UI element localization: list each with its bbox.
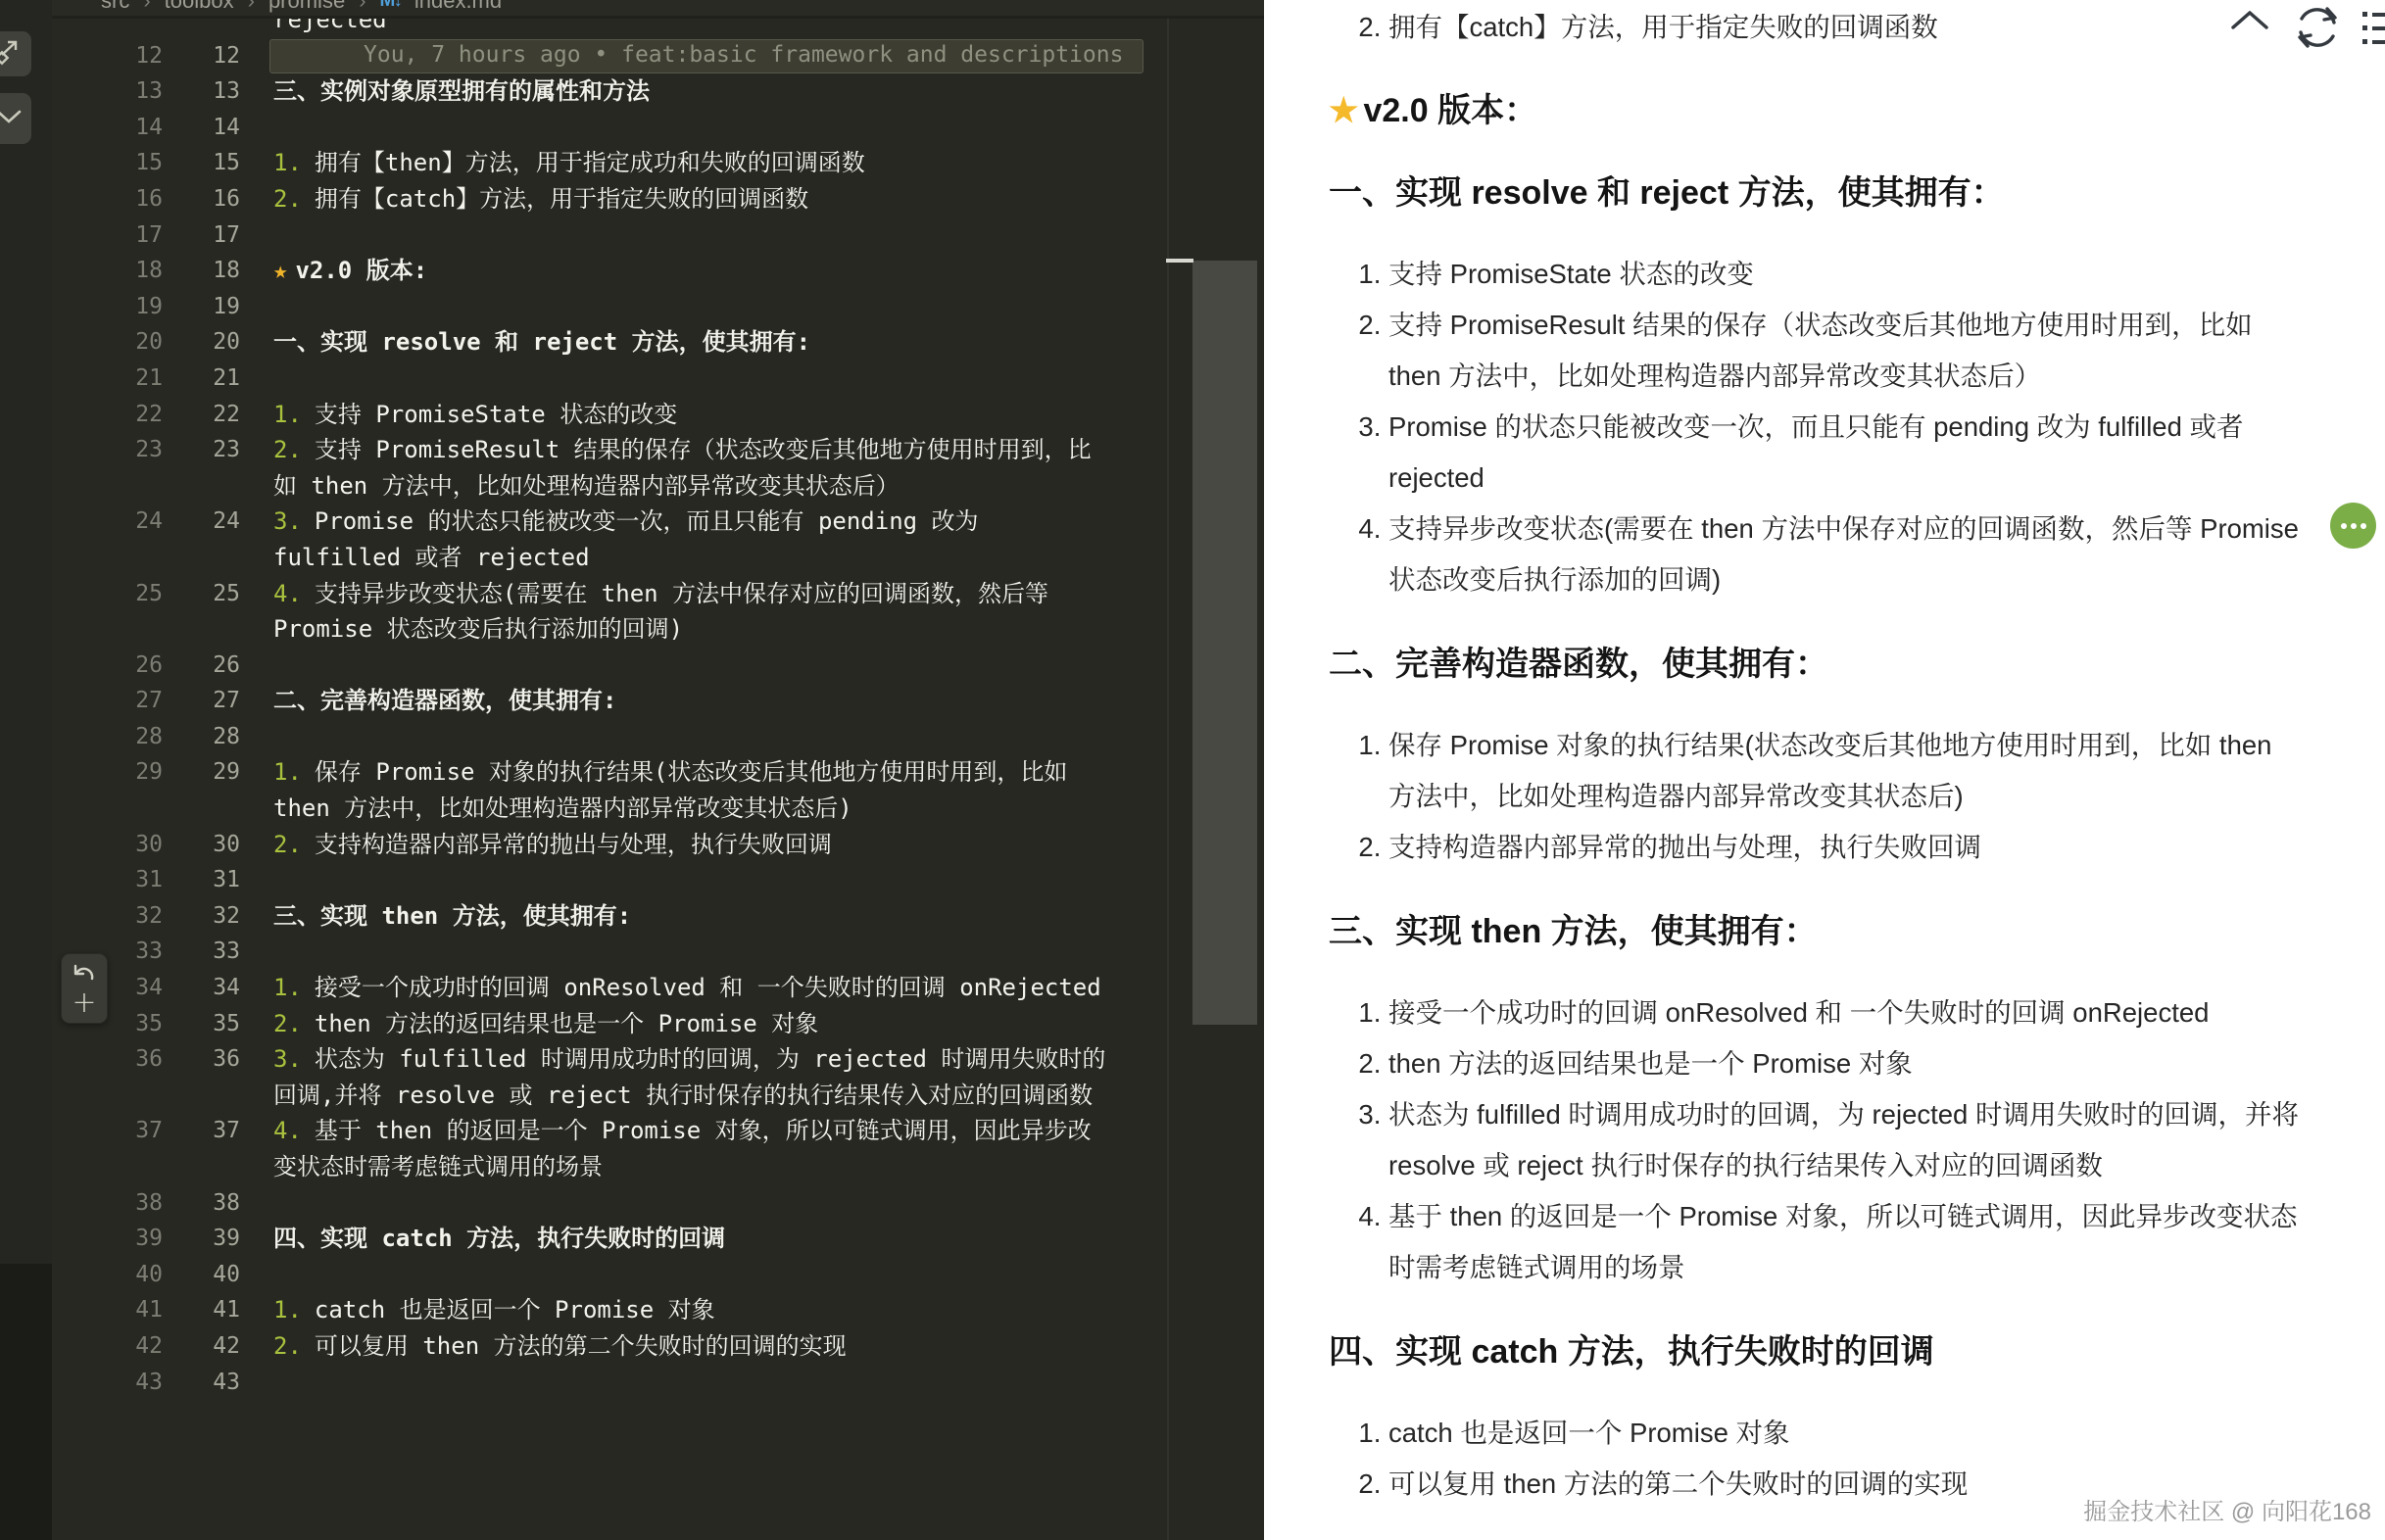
line-text: 支持 PromiseState 状态的改变 — [315, 401, 677, 428]
editor-line[interactable]: 23 23 2.★支持 PromiseResult 结果的保存（状态改变后其他地… — [52, 432, 1264, 504]
preview-list-3: 接受一个成功时的回调 onResolved 和 一个失败时的回调 onRejec… — [1329, 987, 2305, 1293]
juejin-more-button[interactable] — [2330, 503, 2376, 549]
line-content: 2.★支持 PromiseResult 结果的保存（状态改变后其他地方使用时用到… — [273, 432, 1114, 504]
editor-line[interactable]: 39 39 ★四、实现 catch 方法，执行失败时的回调 — [52, 1221, 1264, 1257]
preview-list-item: then 方法的返回结果也是一个 Promise 对象 — [1388, 1038, 2305, 1089]
line-content: ★三、实例对象原型拥有的属性和方法 — [273, 73, 1114, 110]
line-content: 1.★catch 也是返回一个 Promise 对象 — [273, 1292, 1114, 1328]
line-text: 拥有【catch】方法，用于指定失败的回调函数 — [315, 185, 808, 213]
line-number-old: 42 — [52, 1328, 163, 1365]
preview-list-item: 接受一个成功时的回调 onResolved 和 一个失败时的回调 onRejec… — [1388, 987, 2305, 1038]
line-number-old: 17 — [52, 217, 163, 254]
line-number-new: 39 — [163, 1221, 240, 1257]
git-blame-annotation: You, 7 hours ago • feat:basic framework … — [269, 39, 1144, 73]
preview-list-item: catch 也是返回一个 Promise 对象 — [1388, 1408, 2305, 1459]
breadcrumb-separator: › — [248, 0, 255, 14]
line-number-old: 12 — [52, 38, 163, 74]
line-content: 1.★接受一个成功时的回调 onResolved 和 一个失败时的回调 onRe… — [273, 970, 1114, 1006]
star-icon: ★ — [273, 257, 287, 284]
editor-line[interactable]: 12 12 ★You, 7 hours ago • feat:basic fra… — [52, 38, 1264, 74]
line-number-new: 31 — [163, 862, 240, 898]
line-content: ★三、实现 then 方法，使其拥有: — [273, 898, 1114, 935]
breadcrumb-separator: › — [359, 0, 365, 14]
editor-pane[interactable]: ★rejected 12 12 ★You, 7 hours ago • feat… — [52, 2, 1264, 1400]
markdown-icon: M↓ — [380, 0, 401, 12]
preview-list-item: 支持异步改变状态(需要在 then 方法中保存对应的回调函数，然后等 Promi… — [1388, 504, 2305, 605]
list-icon — [2361, 6, 2385, 54]
outline-button[interactable] — [2363, 6, 2385, 53]
git-blame-text: You, 7 hours ago • feat:basic framework … — [270, 40, 1143, 71]
refresh-button[interactable] — [2291, 2, 2344, 57]
line-number-new: 12 — [163, 38, 240, 74]
list-marker: 2. — [273, 831, 302, 858]
line-number-old: 43 — [52, 1365, 163, 1401]
line-content: 4.★支持异步改变状态(需要在 then 方法中保存对应的回调函数，然后等 Pr… — [273, 576, 1114, 648]
compare-changes-button[interactable] — [0, 31, 31, 76]
line-number-old: 39 — [52, 1221, 163, 1257]
preview-list-item: 拥有【catch】方法，用于指定失败的回调函数 — [1388, 2, 2305, 53]
editor-line[interactable]: 30 30 2.★支持构造器内部异常的抛出与处理，执行失败回调 — [52, 827, 1264, 863]
breadcrumb-separator: › — [143, 0, 150, 14]
editor-line[interactable]: 42 42 2.★可以复用 then 方法的第二个失败时的回调的实现 — [52, 1328, 1264, 1365]
star-icon: ★ — [1329, 92, 1358, 129]
line-text: 保存 Promise 对象的执行结果(状态改变后其他地方使用时用到，比如 the… — [273, 758, 1067, 822]
editor-line[interactable]: 14 14 ★ — [52, 110, 1264, 146]
preview-list-item: 基于 then 的返回是一个 Promise 对象，所以可链式调用，因此异步改变… — [1388, 1191, 2305, 1293]
line-number-new: 33 — [163, 934, 240, 970]
line-text: 四、实现 catch 方法，执行失败时的回调 — [273, 1225, 725, 1252]
editor-line[interactable]: 18 18 ★v2.0 版本: — [52, 253, 1264, 289]
line-number-new: 37 — [163, 1113, 240, 1149]
line-number-new: 21 — [163, 361, 240, 397]
line-number-new: 15 — [163, 145, 240, 181]
line-number-new: 16 — [163, 181, 240, 217]
list-marker: 2. — [273, 1010, 302, 1037]
ellipsis-icon — [2341, 523, 2366, 529]
line-number-old: 20 — [52, 324, 163, 361]
collapse-button[interactable] — [2226, 8, 2273, 37]
diff-gutter-widget: + — [61, 953, 108, 1024]
editor-line[interactable]: 29 29 1.★保存 Promise 对象的执行结果(状态改变后其他地方使用时… — [52, 754, 1264, 826]
line-text: 支持异步改变状态(需要在 then 方法中保存对应的回调函数，然后等 Promi… — [273, 580, 1048, 644]
line-text: 三、实现 then 方法，使其拥有: — [273, 902, 631, 930]
line-number-new: 27 — [163, 683, 240, 719]
chevron-up-icon — [2228, 7, 2271, 39]
collapse-region-button[interactable] — [0, 93, 31, 144]
preview-list-item: 支持 PromiseResult 结果的保存（状态改变后其他地方使用时用到，比如… — [1388, 300, 2305, 402]
line-text: 支持构造器内部异常的抛出与处理，执行失败回调 — [315, 831, 832, 858]
list-marker: 1. — [273, 758, 302, 786]
plus-icon[interactable]: + — [72, 990, 96, 1016]
line-number-new: 29 — [163, 754, 240, 791]
line-number-old: 13 — [52, 73, 163, 110]
line-number-old: 36 — [52, 1041, 163, 1078]
line-content: 1.★支持 PromiseState 状态的改变 — [273, 397, 1114, 433]
editor-line[interactable]: 15 15 1.★拥有【then】方法，用于指定成功和失败的回调函数 — [52, 145, 1264, 181]
editor-line[interactable]: 24 24 3.★Promise 的状态只能被改变一次，而且只能有 pendin… — [52, 504, 1264, 575]
line-content: ★v2.0 版本: — [273, 253, 1114, 289]
line-text: v2.0 版本: — [295, 257, 427, 284]
preview-list-partial: 拥有【catch】方法，用于指定失败的回调函数 — [1329, 2, 2305, 53]
line-number-old: 27 — [52, 683, 163, 719]
line-text: 状态为 fulfilled 时调用成功时的回调，为 rejected 时调用失败… — [273, 1045, 1105, 1109]
line-number-old: 14 — [52, 110, 163, 146]
line-content: 2.★可以复用 then 方法的第二个失败时的回调的实现 — [273, 1328, 1114, 1365]
preview-list-item: Promise 的状态只能被改变一次，而且只能有 pending 改为 fulf… — [1388, 402, 2305, 504]
line-number-old: 40 — [52, 1257, 163, 1293]
line-number-old: 15 — [52, 145, 163, 181]
preview-list-1: 支持 PromiseState 状态的改变支持 PromiseResult 结果… — [1329, 249, 2305, 605]
editor-line[interactable]: 13 13 ★三、实例对象原型拥有的属性和方法 — [52, 73, 1264, 110]
line-number-old: 23 — [52, 432, 163, 468]
preview-heading-3: 三、实现 then 方法，使其拥有： — [1329, 908, 2305, 955]
line-number-old: 18 — [52, 253, 163, 289]
breadcrumb-segment[interactable]: promise — [268, 0, 345, 14]
editor-line[interactable]: 33 33 ★ — [52, 934, 1264, 970]
list-marker: 1. — [273, 974, 302, 1001]
line-text: 基于 then 的返回是一个 Promise 对象，所以可链式调用，因此异步改变… — [273, 1117, 1092, 1180]
line-text: 可以复用 then 方法的第二个失败时的回调的实现 — [315, 1332, 847, 1360]
line-number-old: 37 — [52, 1113, 163, 1149]
markdown-preview: 拥有【catch】方法，用于指定失败的回调函数 ★v2.0 版本： 一、实现 r… — [1264, 0, 2385, 1540]
line-content: ★四、实现 catch 方法，执行失败时的回调 — [273, 1221, 1114, 1257]
editor-line[interactable]: 40 40 ★ — [52, 1257, 1264, 1293]
preview-list-item: 支持构造器内部异常的抛出与处理，执行失败回调 — [1388, 822, 2305, 873]
refresh-icon — [2292, 2, 2343, 58]
editor-line[interactable]: 19 19 ★ — [52, 289, 1264, 325]
preview-list-item: 支持 PromiseState 状态的改变 — [1388, 249, 2305, 300]
breadcrumb-file[interactable]: index.md — [414, 0, 502, 14]
line-content: 3.★状态为 fulfilled 时调用成功时的回调，为 rejected 时调… — [273, 1041, 1114, 1113]
list-marker: 1. — [273, 1296, 302, 1323]
line-number-new: 25 — [163, 576, 240, 612]
editor-ruler-line — [1167, 0, 1169, 1540]
line-number-new: 43 — [163, 1365, 240, 1401]
editor-line[interactable]: 31 31 ★ — [52, 862, 1264, 898]
list-marker: 1. — [273, 401, 302, 428]
compare-changes-icon — [0, 37, 24, 72]
line-content: ★一、实现 resolve 和 reject 方法，使其拥有: — [273, 324, 1114, 361]
left-rail-bottom — [0, 1264, 52, 1540]
vscode-markdown-split-view: { "colors": { "editor_bg": "#272822", "p… — [0, 0, 2385, 1540]
line-number-old: 25 — [52, 576, 163, 612]
preview-heading-2: 二、完善构造器函数，使其拥有： — [1329, 641, 2305, 688]
line-number-old: 32 — [52, 898, 163, 935]
breadcrumb-segment[interactable]: toolbox — [165, 0, 234, 14]
list-marker: 2. — [273, 185, 302, 213]
line-number-old: 19 — [52, 289, 163, 325]
line-text: catch 也是返回一个 Promise 对象 — [315, 1296, 715, 1323]
overview-ruler-marker — [1166, 259, 1193, 263]
line-content: 2.★支持构造器内部异常的抛出与处理，执行失败回调 — [273, 827, 1114, 863]
line-number-old: 16 — [52, 181, 163, 217]
editor-line[interactable]: 17 17 ★ — [52, 217, 1264, 254]
editor-line[interactable]: 22 22 1.★支持 PromiseState 状态的改变 — [52, 397, 1264, 433]
line-text: 支持 PromiseResult 结果的保存（状态改变后其他地方使用时用到，比如… — [273, 436, 1092, 500]
line-number-new: 40 — [163, 1257, 240, 1293]
line-content: 4.★基于 then 的返回是一个 Promise 对象，所以可链式调用，因此异… — [273, 1113, 1114, 1184]
editor-line[interactable]: 41 41 1.★catch 也是返回一个 Promise 对象 — [52, 1292, 1264, 1328]
list-marker: 3. — [273, 1045, 302, 1073]
undo-arrow-icon[interactable] — [72, 962, 97, 988]
list-marker: 4. — [273, 580, 302, 607]
editor-line[interactable]: 37 37 4.★基于 then 的返回是一个 Promise 对象，所以可链式… — [52, 1113, 1264, 1184]
editor-line[interactable]: 20 20 ★一、实现 resolve 和 reject 方法，使其拥有: — [52, 324, 1264, 361]
line-text: then 方法的返回结果也是一个 Promise 对象 — [315, 1010, 818, 1037]
line-content: 2.★拥有【catch】方法，用于指定失败的回调函数 — [273, 181, 1114, 217]
line-content: 3.★Promise 的状态只能被改变一次，而且只能有 pending 改为 f… — [273, 504, 1114, 575]
line-number-old: 38 — [52, 1185, 163, 1222]
line-number-new: 14 — [163, 110, 240, 146]
line-content: ★二、完善构造器函数，使其拥有: — [273, 683, 1114, 719]
line-text: Promise 的状态只能被改变一次，而且只能有 pending 改为 fulf… — [273, 507, 979, 571]
editor-line[interactable]: 36 36 3.★状态为 fulfilled 时调用成功时的回调，为 rejec… — [52, 1041, 1264, 1113]
line-number-new: 28 — [163, 719, 240, 755]
line-number-new: 17 — [163, 217, 240, 254]
list-marker: 2. — [273, 436, 302, 463]
line-text: 三、实例对象原型拥有的属性和方法 — [273, 77, 650, 105]
line-number-new: 18 — [163, 253, 240, 289]
line-number-new: 30 — [163, 827, 240, 863]
line-number-old: 24 — [52, 504, 163, 540]
preview-list-item: 状态为 fulfilled 时调用成功时的回调，为 rejected 时调用失败… — [1388, 1089, 2305, 1191]
line-number-old: 29 — [52, 754, 163, 791]
line-number-old: 21 — [52, 361, 163, 397]
chevron-down-icon — [0, 106, 24, 132]
line-number-new: 19 — [163, 289, 240, 325]
list-marker: 3. — [273, 507, 302, 535]
line-number-old: 22 — [52, 397, 163, 433]
line-number-old: 41 — [52, 1292, 163, 1328]
line-number-new: 20 — [163, 324, 240, 361]
line-number-new: 24 — [163, 504, 240, 540]
line-text: 一、实现 resolve 和 reject 方法，使其拥有: — [273, 328, 810, 356]
editor-line[interactable]: 25 25 4.★支持异步改变状态(需要在 then 方法中保存对应的回调函数，… — [52, 576, 1264, 648]
line-number-new: 26 — [163, 648, 240, 684]
editor-line[interactable]: 35 35 2.★then 方法的返回结果也是一个 Promise 对象 — [52, 1006, 1264, 1042]
line-text: 拥有【then】方法，用于指定成功和失败的回调函数 — [315, 149, 865, 176]
line-number-new: 13 — [163, 73, 240, 110]
preview-list-2: 保存 Promise 对象的执行结果(状态改变后其他地方使用时用到，比如 the… — [1329, 720, 2305, 873]
line-number-new: 35 — [163, 1006, 240, 1042]
editor-line[interactable]: 26 26 ★ — [52, 648, 1264, 684]
line-number-old: 28 — [52, 719, 163, 755]
editor-line[interactable]: 16 16 2.★拥有【catch】方法，用于指定失败的回调函数 — [52, 181, 1264, 217]
list-marker: 1. — [273, 149, 302, 176]
line-number-new: 38 — [163, 1185, 240, 1222]
editor-scrollbar[interactable] — [1192, 261, 1257, 1025]
line-number-old: 31 — [52, 862, 163, 898]
editor-line[interactable]: 38 38 ★ — [52, 1185, 1264, 1222]
editor-line[interactable]: 27 27 ★二、完善构造器函数，使其拥有: — [52, 683, 1264, 719]
line-text: 接受一个成功时的回调 onResolved 和 一个失败时的回调 onRejec… — [315, 974, 1101, 1001]
preview-heading-v2: ★v2.0 版本： — [1329, 87, 2305, 134]
preview-heading-4: 四、实现 catch 方法，执行失败时的回调 — [1329, 1328, 2305, 1375]
editor-line[interactable]: 43 43 ★ — [52, 1365, 1264, 1401]
breadcrumb: src › toolbox › promise › M↓ index.md — [52, 0, 1264, 19]
line-text: 二、完善构造器函数，使其拥有: — [273, 687, 616, 714]
watermark: 掘金技术社区 @ 向阳花168 — [2083, 1492, 2371, 1526]
preview-heading-1: 一、实现 resolve 和 reject 方法，使其拥有： — [1329, 169, 2305, 217]
editor-line[interactable]: 32 32 ★三、实现 then 方法，使其拥有: — [52, 898, 1264, 935]
list-marker: 4. — [273, 1117, 302, 1144]
editor-line[interactable]: 34 34 1.★接受一个成功时的回调 onResolved 和 一个失败时的回… — [52, 970, 1264, 1006]
preview-list-item: 保存 Promise 对象的执行结果(状态改变后其他地方使用时用到，比如 the… — [1388, 720, 2305, 822]
line-number-new: 41 — [163, 1292, 240, 1328]
editor-line[interactable]: 28 28 ★ — [52, 719, 1264, 755]
line-number-new: 36 — [163, 1041, 240, 1078]
line-number-new: 23 — [163, 432, 240, 468]
line-number-new: 42 — [163, 1328, 240, 1365]
line-number-old: 26 — [52, 648, 163, 684]
editor-line[interactable]: 21 21 ★ — [52, 361, 1264, 397]
line-number-new: 22 — [163, 397, 240, 433]
line-number-old: 30 — [52, 827, 163, 863]
list-marker: 2. — [273, 1332, 302, 1360]
line-number-new: 34 — [163, 970, 240, 1006]
line-content: 2.★then 方法的返回结果也是一个 Promise 对象 — [273, 1006, 1114, 1042]
line-content: 1.★拥有【then】方法，用于指定成功和失败的回调函数 — [273, 145, 1114, 181]
line-content: 1.★保存 Promise 对象的执行结果(状态改变后其他地方使用时用到，比如 … — [273, 754, 1114, 826]
line-number-new: 32 — [163, 898, 240, 935]
breadcrumb-segment[interactable]: src — [101, 0, 129, 14]
